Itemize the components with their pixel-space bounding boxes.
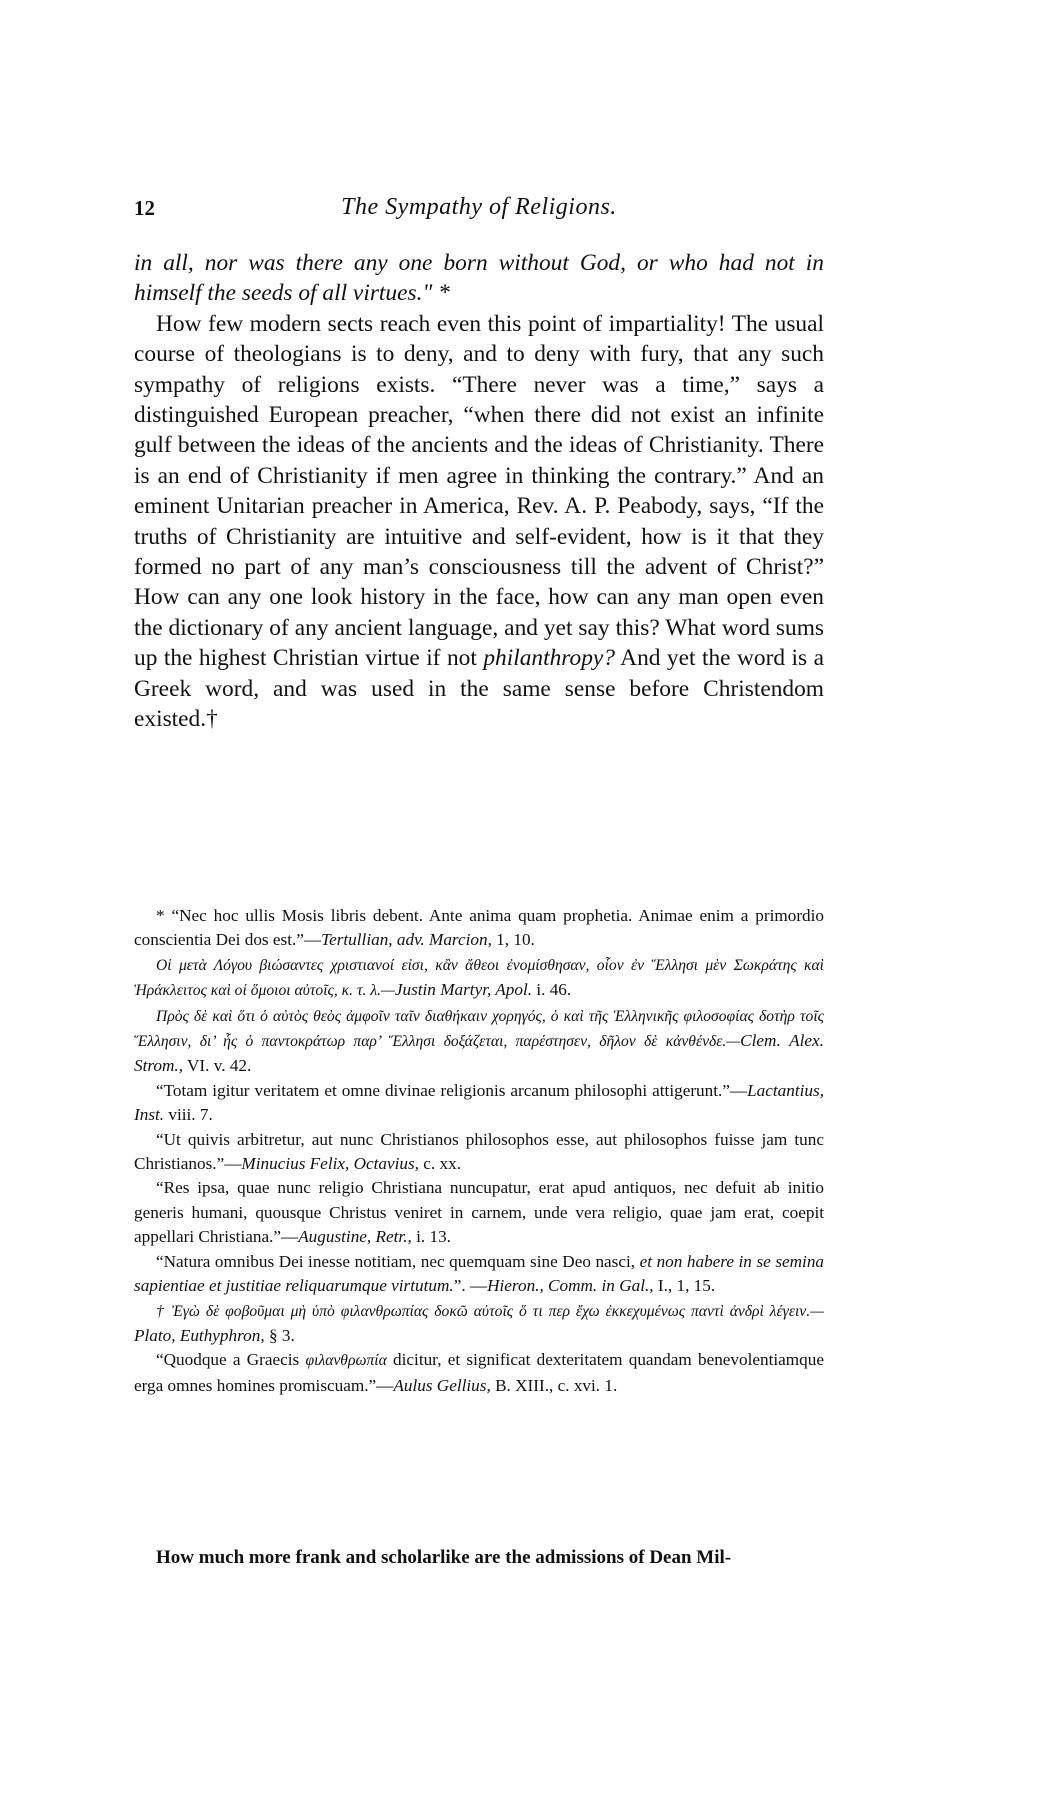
citation: Tertullian, adv. Marcion,: [321, 930, 492, 949]
footnote-text: “Res ipsa, quae nunc religio Christiana …: [134, 1178, 824, 1246]
main-text: in all, nor was there any one born witho…: [134, 248, 824, 735]
citation: Augustine, Retr.,: [298, 1227, 412, 1246]
running-title: The Sympathy of Religions.: [134, 194, 824, 221]
citation: Plato, Euthyphron,: [134, 1326, 265, 1345]
italic-philanthropy: philanthropy?: [483, 645, 615, 671]
citation-ref: I., 1, 15.: [654, 1276, 716, 1295]
citation-ref: c. xx.: [419, 1154, 461, 1173]
footnote-hieron: “Natura omnibus Dei inesse notitiam, nec…: [134, 1250, 824, 1299]
footnote-text: “Natura omnibus Dei inesse notitiam, nec…: [156, 1252, 640, 1271]
citation: Aulus Gellius,: [393, 1376, 490, 1395]
footnote-text: “Totam igitur veritatem et omne divinae …: [156, 1081, 747, 1100]
footnote-text: “Ut quivis arbitretur, aut nunc Christia…: [134, 1130, 824, 1173]
paragraph-impartiality: How few modern sects reach even this poi…: [134, 309, 824, 735]
footnotes: * “Nec hoc ullis Mosis libris debent. An…: [134, 904, 824, 1398]
footnote-text-end: ”. —: [454, 1276, 487, 1295]
paragraph-text: How few modern sects reach even this poi…: [134, 311, 824, 671]
greek-text: Πρὸς δὲ καὶ ὅτι ὁ αὐτὸς θεὸς ἀμφοῖν ταῖν…: [134, 1008, 824, 1050]
quote-continuation: in all, nor was there any one born witho…: [134, 250, 824, 306]
citation-ref: 1, 10.: [492, 930, 535, 949]
greek-text: † Ἐγὼ δὲ φοβοῦμαι μὴ ὑπὸ φιλανθρωπίας δο…: [156, 1303, 824, 1320]
citation: Minucius Felix, Octavius,: [241, 1154, 419, 1173]
citation: Justin Martyr, Apol.: [395, 980, 532, 999]
citation-ref: § 3.: [265, 1326, 295, 1345]
citation-ref: i. 13.: [412, 1227, 451, 1246]
footnote-clement: Πρὸς δὲ καὶ ὅτι ὁ αὐτὸς θεὸς ἀμφοῖν ταῖν…: [134, 1004, 824, 1079]
citation: Hieron., Comm. in Gal.,: [487, 1276, 653, 1295]
paragraph-continuation: in all, nor was there any one born witho…: [134, 248, 824, 309]
page-header: 12 The Sympathy of Religions.: [134, 196, 824, 226]
footnote-gellius: “Quodque a Graecis φιλανθρωπία dicitur, …: [134, 1348, 824, 1398]
greek-word: φιλανθρωπία: [305, 1352, 386, 1369]
citation-ref: i. 46.: [532, 980, 571, 999]
continuation-line: How much more frank and scholarlike are …: [134, 1547, 824, 1569]
footnote-justin: Οἱ μετὰ Λόγου βιώσαντες χριστιανοί εἰσι,…: [134, 953, 824, 1004]
citation-ref: VI. v. 42.: [183, 1056, 251, 1075]
footnote-tertullian: * “Nec hoc ullis Mosis libris debent. An…: [134, 904, 824, 953]
footnote-plato: † Ἐγὼ δὲ φοβοῦμαι μὴ ὑπὸ φιλανθρωπίας δο…: [134, 1299, 824, 1349]
footnote-lactantius: “Totam igitur veritatem et omne divinae …: [134, 1079, 824, 1128]
footnote-text: “Quodque a Graecis: [156, 1350, 305, 1369]
citation-ref: B. XIII., c. xvi. 1.: [491, 1376, 618, 1395]
citation-ref: viii. 7.: [164, 1105, 213, 1124]
footnote-augustine: “Res ipsa, quae nunc religio Christiana …: [134, 1176, 824, 1249]
footnote-minucius: “Ut quivis arbitretur, aut nunc Christia…: [134, 1128, 824, 1177]
